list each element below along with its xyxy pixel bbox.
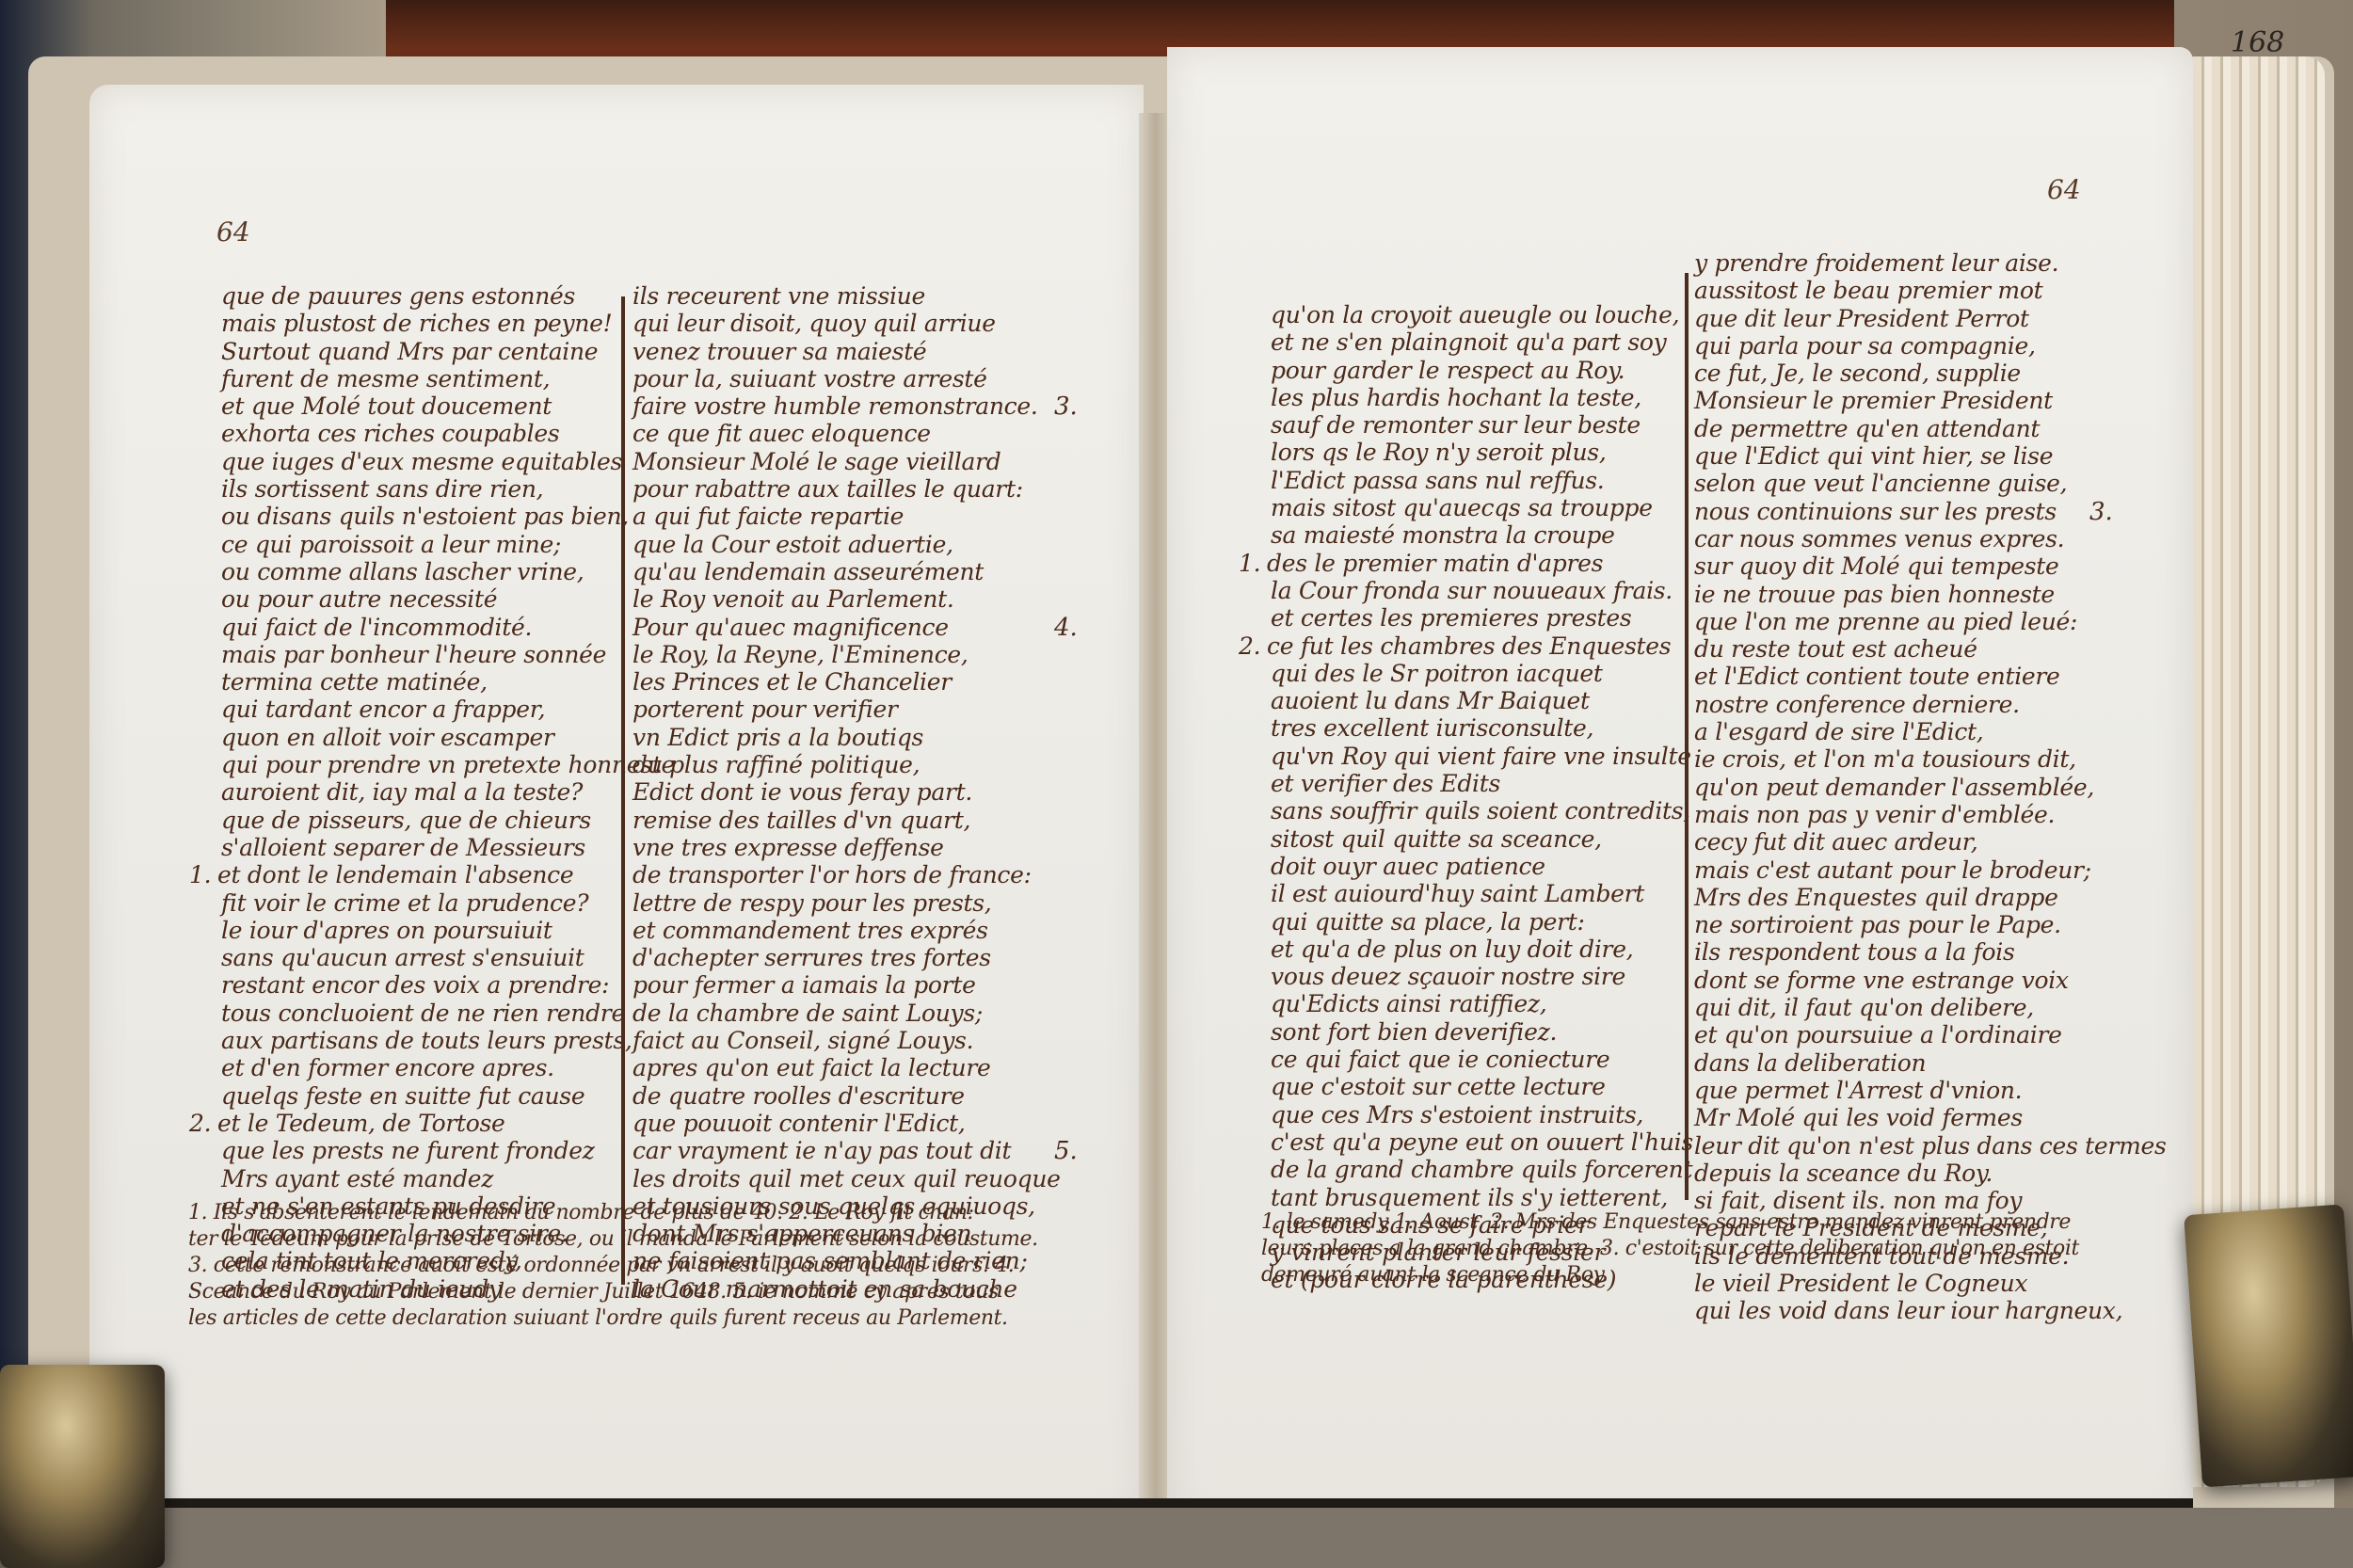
manuscript-line: les droits quil met ceux quil reuoque (632, 1165, 1061, 1192)
manuscript-line: ter le Tedeum pour la prise de Tortose, … (188, 1226, 1038, 1253)
manuscript-line-text: furent de mesme sentiment, (221, 365, 550, 392)
manuscript-line: tres excellent iurisconsulte, (1271, 714, 1693, 742)
manuscript-line: 1. le samedy 1. Aoust. 2. Mrs des Enques… (1261, 1209, 2079, 1236)
side-note-number: 3. (1054, 392, 1078, 421)
manuscript-line-text: du reste tout est acheué (1694, 635, 1977, 663)
manuscript-line: que de pisseurs, que de chieurs (221, 807, 675, 834)
manuscript-line: leur dit qu'on n'est plus dans ces terme… (1694, 1132, 2167, 1160)
manuscript-line-text: Monsieur le premier President (1694, 387, 2053, 414)
manuscript-line: 1. Ils s'absenterent le lendemain au nom… (188, 1200, 1038, 1226)
manuscript-line: car vrayment ie n'ay pas tout dit (632, 1137, 1061, 1164)
manuscript-line: lettre de respy pour les prests, (632, 889, 1061, 917)
manuscript-line-text: sans qu'aucun arrest s'ensuiuit (221, 944, 584, 971)
manuscript-line: vous deuez sçauoir nostre sire (1271, 963, 1693, 990)
manuscript-line: quon en alloit voir escamper (221, 724, 675, 751)
manuscript-line: qu'on peut demander l'assemblée, (1694, 774, 2167, 801)
manuscript-line-text: les droits quil met ceux quil reuoque (632, 1165, 1061, 1192)
manuscript-line-text: le Roy, la Reyne, l'Eminence, (632, 641, 968, 668)
manuscript-line-text: de la grand chambre quils forcerent (1271, 1156, 1692, 1183)
manuscript-line-text: qui dit, il faut qu'on delibere, (1694, 994, 2034, 1021)
manuscript-line-text: de transporter l'or hors de france: (632, 861, 1032, 888)
left-page-number: 64 (216, 216, 250, 248)
manuscript-line: les articles de cette declaration suiuan… (188, 1305, 1038, 1332)
manuscript-line-text: que dit leur President Perrot (1694, 305, 2029, 332)
manuscript-line: car nous sommes venus expres. (1694, 525, 2167, 552)
manuscript-line: et qu'on poursuiue a l'ordinaire (1694, 1021, 2167, 1048)
manuscript-line-text: et que Molé tout doucement (221, 392, 552, 420)
manuscript-line-text: qui tardant encor a frapper, (221, 696, 545, 723)
manuscript-line-text: de permettre qu'en attendant (1694, 415, 2040, 442)
margin-note-marker: 2. (1239, 632, 1267, 660)
manuscript-line: mais par bonheur l'heure sonnée (221, 641, 675, 668)
manuscript-line-text: sont fort bien deverifiez. (1271, 1018, 1557, 1046)
manuscript-line: ou pour autre necessité (221, 585, 675, 613)
manuscript-line-text: sans souffrir quils soient contredits, (1271, 797, 1690, 824)
manuscript-line-text: la Cour fronda sur nouueaux frais. (1271, 577, 1673, 604)
manuscript-line: aussitost le beau premier mot (1694, 277, 2167, 304)
manuscript-line: sans qu'aucun arrest s'ensuiuit (221, 944, 675, 971)
manuscript-line: sans souffrir quils soient contredits, (1271, 797, 1693, 824)
manuscript-line: porterent pour verifier (632, 696, 1061, 723)
manuscript-line: du plus raffiné politique, (632, 751, 1061, 778)
manuscript-line: sa maiesté monstra la croupe (1271, 521, 1693, 549)
manuscript-line: pour fermer a iamais la porte (632, 971, 1061, 999)
manuscript-line: qui dit, il faut qu'on delibere, (1694, 994, 2167, 1021)
manuscript-line: 1.des le premier matin d'apres (1271, 550, 1693, 577)
manuscript-line: auroient dit, iay mal a la teste? (221, 778, 675, 806)
manuscript-line-text: vne tres expresse deffense (632, 834, 944, 861)
manuscript-line-text: a qui fut faicte repartie (632, 503, 904, 530)
manuscript-line-text: lors qs le Roy n'y seroit plus, (1271, 439, 1606, 466)
manuscript-line: mais non pas y venir d'emblée. (1694, 801, 2167, 828)
manuscript-line-text: qu'vn Roy qui vient faire vne insulte (1271, 743, 1691, 770)
manuscript-line-text: de la chambre de saint Louys; (632, 1000, 983, 1027)
manuscript-line-text: depuis la sceance du Roy. (1694, 1160, 1993, 1187)
manuscript-line: 2.ce fut les chambres des Enquestes (1271, 632, 1693, 660)
side-note-number: 3. (2089, 498, 2113, 526)
manuscript-line-text: auroient dit, iay mal a la teste? (221, 778, 583, 806)
manuscript-line: a qui fut faicte repartie (632, 503, 1061, 530)
manuscript-line-text: qu'on la croyoit aueugle ou louche, (1271, 301, 1679, 328)
manuscript-line: ce fut, Je, le second, supplie (1694, 360, 2167, 387)
manuscript-line: et que Molé tout doucement (221, 392, 675, 420)
manuscript-line-text: et certes les premieres prestes (1271, 604, 1631, 632)
manuscript-line-text: restant encor des voix a prendre: (221, 971, 609, 999)
manuscript-line-text: doit ouyr auec patience (1271, 853, 1545, 880)
manuscript-line: s'alloient separer de Messieurs (221, 834, 675, 861)
right-page-number: 64 (2047, 174, 2081, 205)
manuscript-line-text: le Roy venoit au Parlement. (632, 585, 954, 613)
manuscript-line: que l'on me prenne au pied leué: (1694, 608, 2167, 635)
manuscript-line: le Roy, la Reyne, l'Eminence, (632, 641, 1061, 668)
manuscript-line: auoient lu dans Mr Baiquet (1271, 687, 1693, 714)
manuscript-line-text: ie ne trouue pas bien honneste (1694, 581, 2055, 608)
manuscript-line: mais sitost qu'auecqs sa trouppe (1271, 494, 1693, 521)
manuscript-line: selon que veut l'ancienne guise, (1694, 470, 2167, 497)
manuscript-line-text: ter le Tedeum pour la prise de Tortose, … (188, 1227, 1038, 1251)
manuscript-line: et ne s'en plaingnoit qu'a part soy (1271, 328, 1693, 356)
manuscript-line-text: et qu'a de plus on luy doit dire, (1271, 936, 1633, 963)
manuscript-line: cecy fut dit auec ardeur, (1694, 828, 2167, 856)
manuscript-line-text: qui les void dans leur iour hargneux, (1694, 1297, 2122, 1324)
manuscript-line-text: que c'estoit sur cette lecture (1271, 1073, 1606, 1100)
manuscript-line-text: tres excellent iurisconsulte, (1271, 714, 1593, 742)
manuscript-line: qu'on la croyoit aueugle ou louche, (1271, 301, 1693, 328)
manuscript-line-text: et dont le lendemain l'absence (217, 861, 573, 888)
manuscript-line-text: 1. Ils s'absenterent le lendemain au nom… (188, 1201, 974, 1224)
manuscript-line: Edict dont ie vous feray part. (632, 778, 1061, 806)
manuscript-line: qu'Edicts ainsi ratiffiez, (1271, 990, 1693, 1017)
column-divider-rule (621, 296, 625, 1285)
manuscript-line: termina cette matinée, (221, 668, 675, 696)
manuscript-line-text: porterent pour verifier (632, 696, 898, 723)
manuscript-line: et l'Edict contient toute entiere (1694, 663, 2167, 690)
manuscript-line-text: que l'Edict qui vint hier, se lise (1694, 442, 2053, 470)
manuscript-line-text: mais c'est autant pour le brodeur; (1694, 856, 2091, 884)
manuscript-line-text: des le premier matin d'apres (1267, 550, 1603, 577)
manuscript-line: qui des le Sr poitron iacquet (1271, 660, 1693, 687)
manuscript-line-text: nostre conference derniere. (1694, 691, 2020, 718)
brass-clasp-left (0, 1365, 165, 1568)
manuscript-line-text: dont se forme vne estrange voix (1694, 967, 2069, 994)
manuscript-line-text: qu'au lendemain asseurément (632, 558, 984, 585)
manuscript-line: dans la deliberation (1694, 1049, 2167, 1077)
manuscript-line-text: faict au Conseil, signé Louys. (632, 1027, 973, 1054)
manuscript-line: demeuré auant la sceance du Roy. (1261, 1262, 2079, 1288)
manuscript-line-text: 3. cette remonstrance auoit esté ordonné… (188, 1254, 1014, 1277)
manuscript-line: 2.et le Tedeum, de Tortose (221, 1110, 675, 1137)
manuscript-line-text: Sceance du Roy au Parlement le dernier J… (188, 1280, 999, 1304)
manuscript-line-text: les Princes et le Chancelier (632, 668, 952, 696)
margin-note-marker: 2. (189, 1110, 217, 1137)
manuscript-line-text: tant brusquement ils s'y ietterent, (1271, 1184, 1668, 1211)
manuscript-line: y prendre froidement leur aise. (1694, 249, 2167, 277)
manuscript-line-text: que permet l'Arrest d'vnion. (1694, 1077, 2022, 1104)
manuscript-line: ils sortissent sans dire rien, (221, 475, 675, 503)
manuscript-line: ce que fit auec eloquence (632, 420, 1061, 447)
manuscript-line: et verifier des Edits (1271, 770, 1693, 797)
manuscript-line: que iuges d'eux mesme equitables (221, 448, 675, 475)
manuscript-line-text: ce fut les chambres des Enquestes (1267, 632, 1671, 660)
manuscript-line-text: ce qui faict que ie coniecture (1271, 1046, 1609, 1073)
manuscript-line-text: aux partisans de touts leurs prests, (221, 1027, 632, 1054)
left-page-footnotes: 1. Ils s'absenterent le lendemain au nom… (188, 1200, 1038, 1332)
manuscript-line: mais c'est autant pour le brodeur; (1694, 856, 2167, 884)
manuscript-line-text: exhorta ces riches coupables (221, 420, 559, 447)
manuscript-line-text: que l'on me prenne au pied leué: (1694, 608, 2077, 635)
manuscript-line: mais plustost de riches en peyne! (221, 310, 675, 337)
manuscript-line: le Roy venoit au Parlement. (632, 585, 1061, 613)
manuscript-line-text: ce que fit auec eloquence (632, 420, 931, 447)
margin-note-marker: 1. (1239, 550, 1267, 577)
manuscript-line-text: Edict dont ie vous feray part. (632, 778, 972, 806)
side-note-number: 4. (1054, 614, 1078, 642)
manuscript-line-text: qu'on peut demander l'assemblée, (1694, 774, 2094, 801)
manuscript-line: restant encor des voix a prendre: (221, 971, 675, 999)
manuscript-line-text: le iour d'apres on poursuiuit (221, 917, 552, 944)
manuscript-line: le iour d'apres on poursuiuit (221, 917, 675, 944)
manuscript-line: qu'au lendemain asseurément (632, 558, 1061, 585)
manuscript-line: lors qs le Roy n'y seroit plus, (1271, 439, 1693, 466)
column-divider-rule (1685, 273, 1689, 1200)
manuscript-line: sur quoy dit Molé qui tempeste (1694, 552, 2167, 580)
manuscript-line-text: auoient lu dans Mr Baiquet (1271, 687, 1590, 714)
folio-number: 168 (2231, 26, 2284, 59)
manuscript-line-text: car vrayment ie n'ay pas tout dit (632, 1137, 1011, 1164)
manuscript-line-text: ils receurent vne missiue (632, 282, 925, 310)
manuscript-line: quelqs feste en suitte fut cause (221, 1082, 675, 1110)
manuscript-line-text: que iuges d'eux mesme equitables (221, 448, 622, 475)
manuscript-line: les plus hardis hochant la teste, (1271, 384, 1693, 411)
manuscript-line: tous concluoient de ne rien rendre (221, 1000, 675, 1027)
manuscript-line-text: c'est qu'a peyne eut on ouuert l'huis (1271, 1128, 1693, 1156)
manuscript-line-text: qui des le Sr poitron iacquet (1271, 660, 1603, 687)
manuscript-line-text: Mrs des Enquestes quil drappe (1694, 884, 2058, 911)
manuscript-line-text: qui pour prendre vn pretexte honneste (221, 751, 675, 778)
manuscript-line-text: demeuré auant la sceance du Roy. (1261, 1263, 1608, 1287)
book-bottom-edge (151, 1498, 2193, 1508)
manuscript-line-text: Mrs ayant esté mandez (221, 1165, 493, 1192)
manuscript-line: sauf de remonter sur leur beste (1271, 411, 1693, 439)
manuscript-line: leurs places a la grand chambre. 3. c'es… (1261, 1236, 2079, 1262)
manuscript-line-text: pour garder le respect au Roy. (1271, 357, 1625, 384)
manuscript-line: du reste tout est acheué (1694, 635, 2167, 663)
manuscript-line: que permet l'Arrest d'vnion. (1694, 1077, 2167, 1104)
manuscript-line: tant brusquement ils s'y ietterent, (1271, 1184, 1693, 1211)
manuscript-line-text: sauf de remonter sur leur beste (1271, 411, 1641, 439)
manuscript-line: et commandement tres exprés (632, 917, 1061, 944)
manuscript-line-text: 1. le samedy 1. Aoust. 2. Mrs des Enques… (1261, 1210, 2071, 1234)
manuscript-line-text: ne sortiroient pas pour le Pape. (1694, 911, 2061, 938)
manuscript-line: pour garder le respect au Roy. (1271, 357, 1693, 384)
manuscript-line: et certes les premieres prestes (1271, 604, 1693, 632)
manuscript-line-text: et verifier des Edits (1271, 770, 1500, 797)
manuscript-line-text: qui faict de l'incommodité. (221, 614, 532, 641)
manuscript-line-text: pour la, suiuant vostre arresté (632, 365, 987, 392)
manuscript-line: de quatre roolles d'escriture (632, 1082, 1061, 1110)
manuscript-line-text: aussitost le beau premier mot (1694, 277, 2042, 304)
manuscript-line: qui pour prendre vn pretexte honneste (221, 751, 675, 778)
manuscript-line-text: mais sitost qu'auecqs sa trouppe (1271, 494, 1653, 521)
manuscript-line-text: quelqs feste en suitte fut cause (221, 1082, 584, 1110)
manuscript-line-text: sa maiesté monstra la croupe (1271, 521, 1615, 549)
manuscript-line: que dit leur President Perrot (1694, 305, 2167, 332)
manuscript-line: que c'estoit sur cette lecture (1271, 1073, 1693, 1100)
manuscript-line-text: ou disans quils n'estoient pas bien, (221, 503, 629, 530)
manuscript-line-text: faire vostre humble remonstrance. (632, 392, 1038, 420)
manuscript-line-text: mais par bonheur l'heure sonnée (221, 641, 606, 668)
manuscript-line-text: sur quoy dit Molé qui tempeste (1694, 552, 2059, 580)
manuscript-line-text: et l'Edict contient toute entiere (1694, 663, 2060, 690)
manuscript-line: Monsieur le premier President (1694, 387, 2167, 414)
manuscript-line: ce qui faict que ie coniecture (1271, 1046, 1693, 1073)
manuscript-line-text: et ne s'en plaingnoit qu'a part soy (1271, 328, 1667, 356)
manuscript-line-text: mais plustost de riches en peyne! (221, 310, 612, 337)
manuscript-line: doit ouyr auec patience (1271, 853, 1693, 880)
manuscript-line-text: y prendre froidement leur aise. (1694, 249, 2058, 277)
manuscript-line: qui les void dans leur iour hargneux, (1694, 1297, 2167, 1324)
manuscript-line: sont fort bien deverifiez. (1271, 1018, 1693, 1046)
manuscript-line-text: mais non pas y venir d'emblée. (1694, 801, 2055, 828)
manuscript-line-text: que les prests ne furent frondez (221, 1137, 595, 1164)
manuscript-line: 3. cette remonstrance auoit esté ordonné… (188, 1253, 1038, 1279)
manuscript-line-text: qui leur disoit, quoy quil arriue (632, 310, 996, 337)
manuscript-line-text: ou pour autre necessité (221, 585, 497, 613)
manuscript-line-text: sitost quil quitte sa sceance, (1271, 825, 1602, 853)
manuscript-line-text: Pour qu'auec magnificence (632, 614, 949, 641)
manuscript-line-text: vn Edict pris a la boutiqs (632, 724, 923, 751)
left-page-column-2: ils receurent vne missiuequi leur disoit… (632, 282, 1061, 1303)
manuscript-line: il est auiourd'huy saint Lambert (1271, 880, 1693, 907)
manuscript-line-text: leurs places a la grand chambre. 3. c'es… (1261, 1237, 2079, 1260)
manuscript-line-text: pour rabattre aux tailles le quart: (632, 475, 1023, 503)
manuscript-line: de transporter l'or hors de france: (632, 861, 1061, 888)
manuscript-line: 1.et dont le lendemain l'absence (221, 861, 675, 888)
manuscript-line-text: nous continuions sur les prests (1694, 498, 2057, 525)
manuscript-line: aux partisans de touts leurs prests, (221, 1027, 675, 1054)
manuscript-line-text: ou comme allans lascher vrine, (221, 558, 584, 585)
manuscript-line: vn Edict pris a la boutiqs (632, 724, 1061, 751)
manuscript-line: nostre conference derniere. (1694, 691, 2167, 718)
manuscript-line-text: tous concluoient de ne rien rendre (221, 1000, 625, 1027)
manuscript-line-text: ce qui paroissoit a leur mine; (221, 531, 561, 558)
manuscript-line-text: ils sortissent sans dire rien, (221, 475, 543, 503)
manuscript-line: venez trouuer sa maiesté (632, 338, 1061, 365)
manuscript-line: pour rabattre aux tailles le quart: (632, 475, 1061, 503)
manuscript-line: Mrs des Enquestes quil drappe (1694, 884, 2167, 911)
manuscript-line: vne tres expresse deffense (632, 834, 1061, 861)
manuscript-line-text: pour fermer a iamais la porte (632, 971, 976, 999)
manuscript-line-text: quon en alloit voir escamper (221, 724, 554, 751)
manuscript-line-text: vous deuez sçauoir nostre sire (1271, 963, 1625, 990)
manuscript-line-text: et commandement tres exprés (632, 917, 988, 944)
manuscript-line: pour la, suiuant vostre arresté (632, 365, 1061, 392)
manuscript-line: et d'en former encore apres. (221, 1054, 675, 1081)
manuscript-line-text: que la Cour estoit aduertie, (632, 531, 953, 558)
manuscript-line-text: termina cette matinée, (221, 668, 488, 696)
manuscript-line: depuis la sceance du Roy. (1694, 1160, 2167, 1187)
manuscript-line: sitost quil quitte sa sceance, (1271, 825, 1693, 853)
manuscript-line: ie crois, et l'on m'a tousiours dit, (1694, 745, 2167, 773)
manuscript-line: les Princes et le Chancelier (632, 668, 1061, 696)
manuscript-line-text: et le Tedeum, de Tortose (217, 1110, 505, 1137)
manuscript-line: faict au Conseil, signé Louys. (632, 1027, 1061, 1054)
manuscript-line-text: de quatre roolles d'escriture (632, 1082, 965, 1110)
right-page-column-1: qu'on la croyoit aueugle ou louche,et ne… (1271, 301, 1693, 1294)
right-page-footnotes: 1. le samedy 1. Aoust. 2. Mrs des Enques… (1261, 1209, 2079, 1288)
manuscript-line-text: cecy fut dit auec ardeur, (1694, 828, 1977, 856)
manuscript-line: fit voir le crime et la prudence? (221, 889, 675, 917)
manuscript-line-text: que de pisseurs, que de chieurs (221, 807, 591, 834)
manuscript-line-text: Mr Molé qui les void fermes (1694, 1104, 2023, 1131)
manuscript-line: et qu'a de plus on luy doit dire, (1271, 936, 1693, 963)
manuscript-line: dont se forme vne estrange voix (1694, 967, 2167, 994)
manuscript-line: ie ne trouue pas bien honneste (1694, 581, 2167, 608)
manuscript-line-text: qui quitte sa place, la pert: (1271, 908, 1585, 936)
manuscript-line-text: remise des tailles d'vn quart, (632, 807, 970, 834)
manuscript-line-text: d'achepter serrures tres fortes (632, 944, 991, 971)
manuscript-line: de permettre qu'en attendant (1694, 415, 2167, 442)
manuscript-line-text: a l'esgard de sire l'Edict, (1694, 718, 1983, 745)
manuscript-line-text: les plus hardis hochant la teste, (1271, 384, 1641, 411)
manuscript-line: Surtout quand Mrs par centaine (221, 338, 675, 365)
manuscript-line: remise des tailles d'vn quart, (632, 807, 1061, 834)
table-surface (0, 1508, 2353, 1568)
manuscript-line: qui parla pour sa compagnie, (1694, 332, 2167, 360)
manuscript-line: furent de mesme sentiment, (221, 365, 675, 392)
manuscript-line-text: lettre de respy pour les prests, (632, 889, 991, 917)
manuscript-line-text: dans la deliberation (1694, 1049, 1926, 1077)
manuscript-line-text: car nous sommes venus expres. (1694, 525, 2064, 552)
manuscript-line-text: ce fut, Je, le second, supplie (1694, 360, 2021, 387)
manuscript-line: qui leur disoit, quoy quil arriue (632, 310, 1061, 337)
manuscript-line: Pour qu'auec magnificence (632, 614, 1061, 641)
manuscript-line-text: Monsieur Molé le sage vieillard (632, 448, 1000, 475)
manuscript-line: ne sortiroient pas pour le Pape. (1694, 911, 2167, 938)
manuscript-line-text: l'Edict passa sans nul reffus. (1271, 467, 1604, 494)
manuscript-line: Monsieur Molé le sage vieillard (632, 448, 1061, 475)
right-page-column-2: y prendre froidement leur aise.aussitost… (1694, 249, 2167, 1325)
manuscript-line: c'est qu'a peyne eut on ouuert l'huis (1271, 1128, 1693, 1156)
manuscript-line-text: selon que veut l'ancienne guise, (1694, 470, 2067, 497)
manuscript-line: ils respondent tous a la fois (1694, 938, 2167, 966)
manuscript-line-text: s'alloient separer de Messieurs (221, 834, 585, 861)
brass-clasp-right (2184, 1204, 2353, 1487)
manuscript-line: apres qu'on eut faict la lecture (632, 1054, 1061, 1081)
margin-note-marker: 1. (189, 861, 217, 888)
manuscript-line: que l'Edict qui vint hier, se lise (1694, 442, 2167, 470)
manuscript-line: que pouuoit contenir l'Edict, (632, 1110, 1061, 1137)
manuscript-line: qui faict de l'incommodité. (221, 614, 675, 641)
manuscript-line-text: que ces Mrs s'estoient instruits, (1271, 1101, 1643, 1128)
manuscript-line: qu'vn Roy qui vient faire vne insulte (1271, 743, 1693, 770)
manuscript-line: que les prests ne furent frondez (221, 1137, 675, 1164)
manuscript-line-text: qui parla pour sa compagnie, (1694, 332, 2036, 360)
side-note-number: 5. (1054, 1137, 1078, 1165)
manuscript-line-text: apres qu'on eut faict la lecture (632, 1054, 990, 1081)
manuscript-line: que la Cour estoit aduertie, (632, 531, 1061, 558)
manuscript-line: ou disans quils n'estoient pas bien, (221, 503, 675, 530)
manuscript-line-text: du plus raffiné politique, (632, 751, 920, 778)
manuscript-line: la Cour fronda sur nouueaux frais. (1271, 577, 1693, 604)
manuscript-line-text: fit voir le crime et la prudence? (221, 889, 588, 917)
manuscript-line-text: venez trouuer sa maiesté (632, 338, 926, 365)
manuscript-line: Mr Molé qui les void fermes (1694, 1104, 2167, 1131)
manuscript-line: Sceance du Roy au Parlement le dernier J… (188, 1279, 1038, 1305)
manuscript-line: a l'esgard de sire l'Edict, (1694, 718, 2167, 745)
manuscript-line-text: que de pauures gens estonnés (221, 282, 575, 310)
left-page-column-1: que de pauures gens estonnésmais plustos… (221, 282, 675, 1303)
manuscript-line-text: qu'Edicts ainsi ratiffiez, (1271, 990, 1546, 1017)
manuscript-line: qui tardant encor a frapper, (221, 696, 675, 723)
manuscript-line: de la chambre de saint Louys; (632, 1000, 1061, 1027)
manuscript-line-text: Surtout quand Mrs par centaine (221, 338, 598, 365)
manuscript-line: ils receurent vne missiue (632, 282, 1061, 310)
manuscript-line: de la grand chambre quils forcerent (1271, 1156, 1693, 1183)
manuscript-line-text: les articles de cette declaration suiuan… (188, 1306, 1008, 1330)
manuscript-line-text: et d'en former encore apres. (221, 1054, 554, 1081)
manuscript-line-text: ils respondent tous a la fois (1694, 938, 2015, 966)
manuscript-line-text: que pouuoit contenir l'Edict, (632, 1110, 966, 1137)
manuscript-line: ou comme allans lascher vrine, (221, 558, 675, 585)
manuscript-line-text: leur dit qu'on n'est plus dans ces terme… (1694, 1132, 2167, 1160)
manuscript-line: l'Edict passa sans nul reffus. (1271, 467, 1693, 494)
manuscript-line: faire vostre humble remonstrance. (632, 392, 1061, 420)
manuscript-line: ce qui paroissoit a leur mine; (221, 531, 675, 558)
manuscript-line: qui quitte sa place, la pert: (1271, 908, 1693, 936)
manuscript-line-text: ie crois, et l'on m'a tousiours dit, (1694, 745, 2076, 773)
manuscript-line-text: il est auiourd'huy saint Lambert (1271, 880, 1644, 907)
